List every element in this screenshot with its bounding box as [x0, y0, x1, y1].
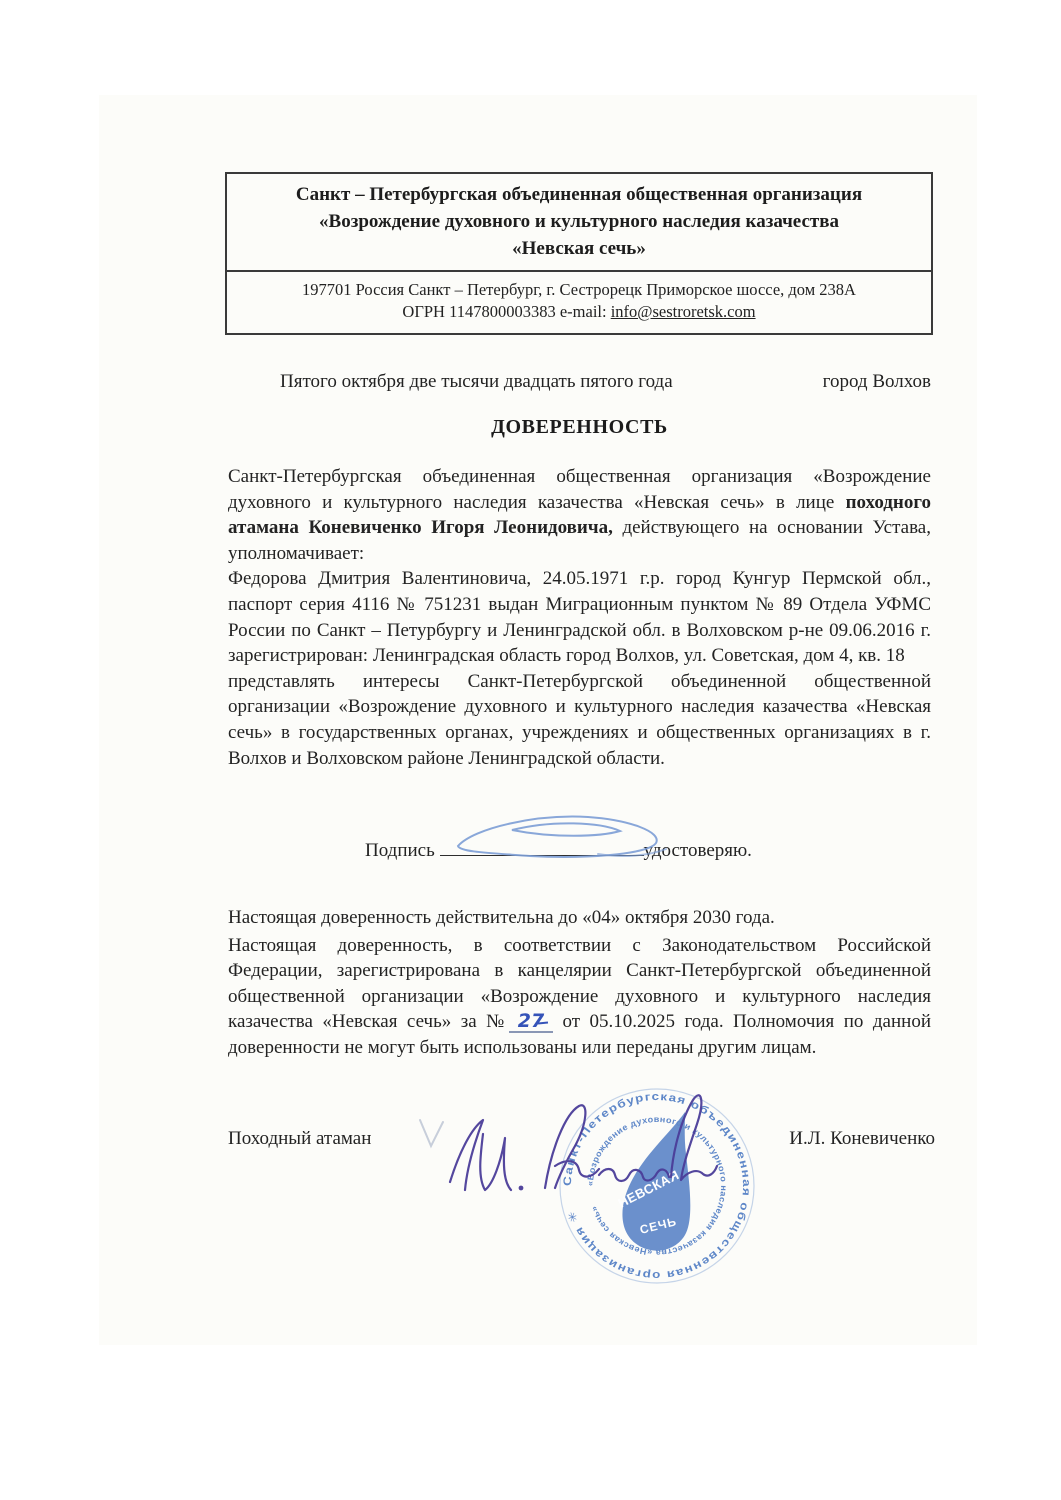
- org-header-box: Санкт – Петербургская объединенная общес…: [225, 172, 933, 335]
- validity-text: Настоящая доверенность действительна до …: [228, 905, 931, 1061]
- signer-name: И.Л. Коневиченко: [789, 1128, 935, 1150]
- body-paragraph-attorney: Федорова Дмитрия Валентиновича, 24.05.19…: [228, 566, 931, 668]
- certify-text: удостоверяю.: [644, 840, 752, 861]
- place-of-issue: город Волхов: [823, 371, 931, 393]
- principal-text-before: Санкт-Петербургская объединенная обществ…: [228, 466, 931, 513]
- specimen-signature-row: Подпись удостоверяю.: [228, 836, 931, 862]
- org-address-line: 197701 Россия Санкт – Петербург, г. Сест…: [235, 279, 923, 301]
- date-in-words: Пятого октября две тысячи двадцать пятог…: [280, 371, 673, 393]
- signature-blank-line: [440, 836, 644, 856]
- validity-expiry-line: Настоящая доверенность действительна до …: [228, 905, 931, 931]
- footer-signature-row: Походный атаман И.Л. Коневиченко: [228, 1128, 935, 1150]
- org-name-line-3: «Невская сечь»: [237, 235, 921, 262]
- validity-registration-paragraph: Настоящая доверенность, в соответствии с…: [228, 933, 931, 1061]
- signature-label: Подпись: [365, 840, 435, 861]
- signer-position-title: Походный атаман: [228, 1128, 371, 1150]
- org-name-line-1: Санкт – Петербургская объединенная общес…: [237, 181, 921, 208]
- ogrn-text: ОГРН 1147800003383 e-mail:: [402, 302, 606, 321]
- date-row: Пятого октября две тысячи двадцать пятог…: [228, 371, 931, 393]
- org-ogrn-line: ОГРН 1147800003383 e-mail: info@sestrore…: [235, 301, 923, 323]
- email-link[interactable]: info@sestroretsk.com: [611, 302, 756, 321]
- org-name-line-2: «Возрождение духовного и культурного нас…: [237, 208, 921, 235]
- org-address: 197701 Россия Санкт – Петербург, г. Сест…: [227, 270, 931, 333]
- body-paragraph-powers: представлять интересы Санкт-Петербургско…: [228, 669, 931, 771]
- body-text: Санкт-Петербургская объединенная обществ…: [228, 464, 931, 771]
- body-paragraph-principal: Санкт-Петербургская объединенная обществ…: [228, 464, 931, 566]
- document-title: ДОВЕРЕННОСТЬ: [228, 416, 931, 439]
- registration-number-handwritten: 27: [509, 1011, 553, 1033]
- org-name: Санкт – Петербургская объединенная общес…: [227, 174, 931, 270]
